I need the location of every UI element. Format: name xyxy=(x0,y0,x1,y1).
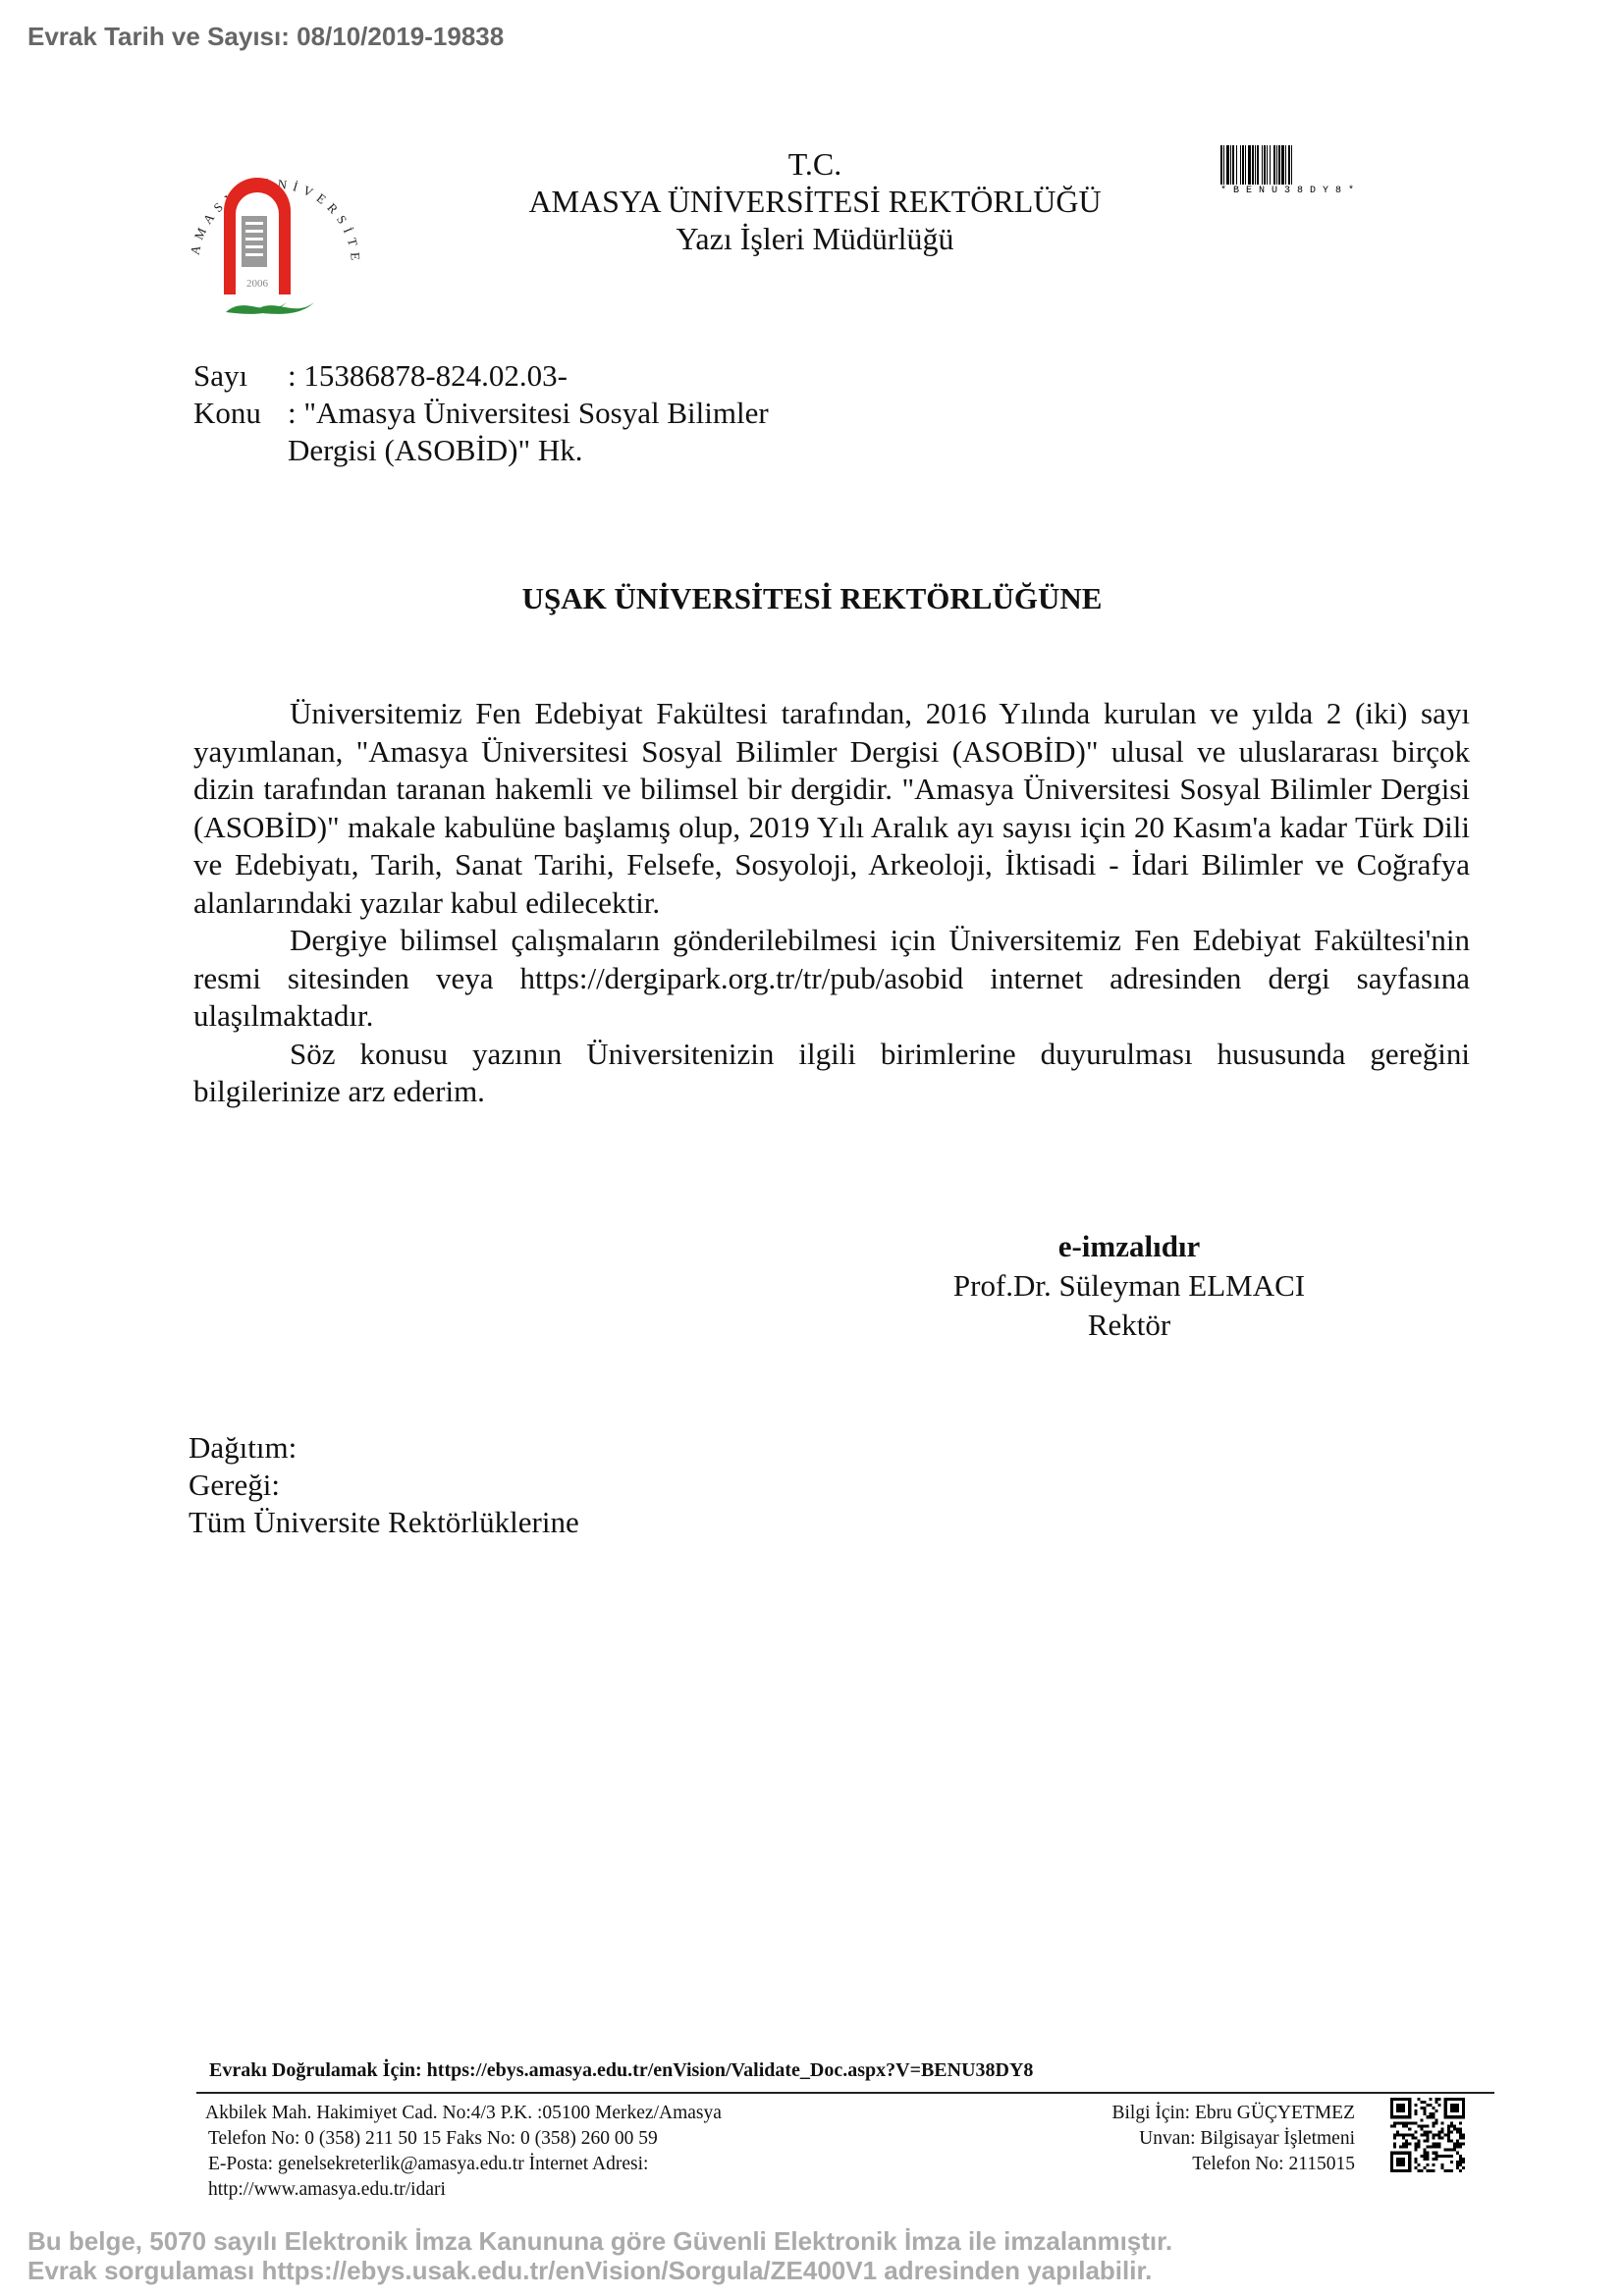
signature-block: e-imzalıdır Prof.Dr. Süleyman ELMACI Rek… xyxy=(923,1227,1335,1345)
signer-title: Rektör xyxy=(923,1306,1335,1345)
qr-code xyxy=(1390,2094,1465,2176)
phone-fax-line: Telefon No: 0 (358) 211 50 15 Faks No: 0… xyxy=(205,2126,722,2152)
letterhead: T.C. AMASYA ÜNİVERSİTESİ REKTÖRLÜĞÜ Yazı… xyxy=(491,145,1139,257)
document-barcode: *BENU38DY8* xyxy=(1220,145,1368,196)
body-paragraph: Dergiye bilimsel çalışmaların gönderileb… xyxy=(193,922,1470,1036)
info-contact: Bilgi İçin: Ebru GÜÇYETMEZ xyxy=(1031,2101,1355,2126)
e-signature-notice: Bu belge, 5070 sayılı Elektronik İmza Ka… xyxy=(27,2226,1172,2256)
svg-text:2006: 2006 xyxy=(246,278,269,290)
letter-body: Üniversitemiz Fen Edebiyat Fakültesi tar… xyxy=(193,695,1470,1111)
web-url[interactable]: http://www.amasya.edu.tr/idari xyxy=(205,2177,722,2203)
konu-label: Konu xyxy=(193,395,288,432)
letterhead-department: Yazı İşleri Müdürlüğü xyxy=(491,220,1139,257)
konu-value-cont: Dergisi (ASOBİD)" Hk. xyxy=(288,432,583,469)
footer-divider xyxy=(196,2092,1494,2094)
document-query-notice: Evrak sorgulaması https://ebys.usak.edu.… xyxy=(27,2256,1172,2285)
document-date-number-stamp: Evrak Tarih ve Sayısı: 08/10/2019-19838 xyxy=(27,22,504,52)
validation-link[interactable]: Evrakı Doğrulamak İçin: https://ebys.ama… xyxy=(209,2059,1033,2082)
letterhead-tc: T.C. xyxy=(491,145,1139,183)
sayi-value: : 15386878-824.02.03- xyxy=(288,357,568,395)
distribution-label: Dağıtım: xyxy=(189,1429,579,1467)
svg-text:AMASYA ÜNİVERSİTESİ: AMASYA ÜNİVERSİTESİ xyxy=(177,137,363,267)
address-line: Akbilek Mah. Hakimiyet Cad. No:4/3 P.K. … xyxy=(205,2101,722,2126)
footer-address: Akbilek Mah. Hakimiyet Cad. No:4/3 P.K. … xyxy=(205,2101,722,2203)
qr-code-icon xyxy=(1390,2094,1465,2176)
sayi-label: Sayı xyxy=(193,357,288,395)
amasya-university-logo-icon: AMASYA ÜNİVERSİTESİ 2006 xyxy=(177,137,373,324)
footer-contact-info: Bilgi İçin: Ebru GÜÇYETMEZ Unvan: Bilgis… xyxy=(1031,2101,1355,2177)
signer-name: Prof.Dr. Süleyman ELMACI xyxy=(923,1266,1335,1306)
recipient-heading: UŞAK ÜNİVERSİTESİ REKTÖRLÜĞÜNE xyxy=(0,581,1624,616)
letterhead-institution: AMASYA ÜNİVERSİTESİ REKTÖRLÜĞÜ xyxy=(491,183,1139,220)
distribution-recipients: Tüm Üniversite Rektörlüklerine xyxy=(189,1504,579,1541)
body-paragraph: Söz konusu yazının Üniversitenizin ilgil… xyxy=(193,1036,1470,1111)
distribution-block: Dağıtım: Gereği: Tüm Üniversite Rektörlü… xyxy=(189,1429,579,1541)
email-web-line[interactable]: E-Posta: genelsekreterlik@amasya.edu.tr … xyxy=(205,2152,722,2177)
info-phone: Telefon No: 2115015 xyxy=(1031,2152,1355,2177)
barcode-code: *BENU38DY8* xyxy=(1220,186,1368,196)
konu-value: : "Amasya Üniversitesi Sosyal Bilimler xyxy=(288,395,769,432)
body-paragraph: Üniversitemiz Fen Edebiyat Fakültesi tar… xyxy=(193,695,1470,922)
barcode-icon xyxy=(1220,145,1368,185)
e-signature-footer-stamp: Bu belge, 5070 sayılı Elektronik İmza Ka… xyxy=(27,2226,1172,2285)
university-logo: AMASYA ÜNİVERSİTESİ 2006 xyxy=(177,137,373,324)
e-signature-status: e-imzalıdır xyxy=(923,1227,1335,1266)
gereği-label: Gereği: xyxy=(189,1467,579,1504)
info-title: Unvan: Bilgisayar İşletmeni xyxy=(1031,2126,1355,2152)
document-meta: Sayı: 15386878-824.02.03- Konu: "Amasya … xyxy=(193,357,769,469)
